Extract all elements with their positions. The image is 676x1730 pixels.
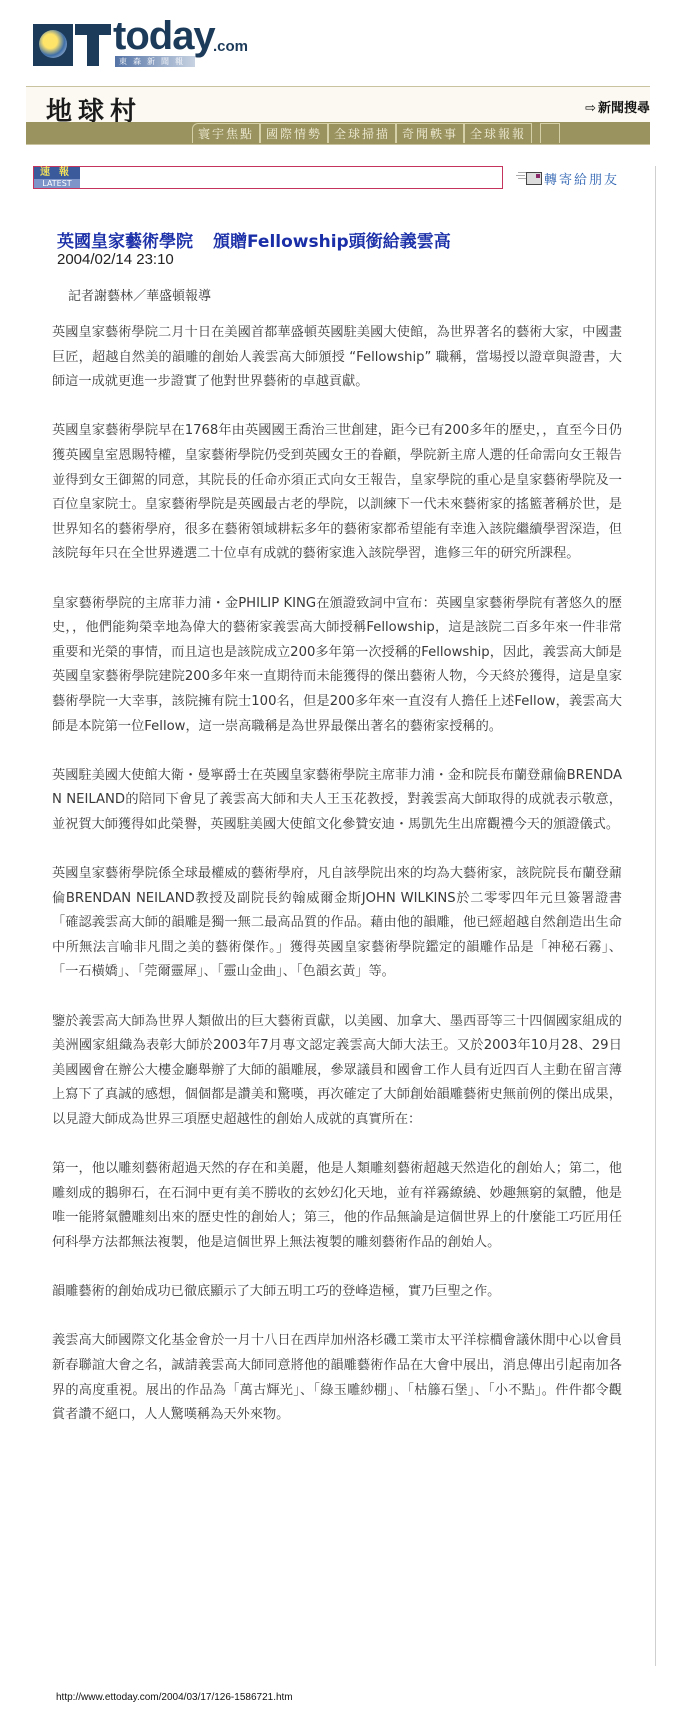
logo-letter-t bbox=[75, 24, 111, 66]
section-header: 地球村 ⇨新聞搜尋 bbox=[26, 86, 650, 123]
latest-badge-en: LATEST bbox=[34, 179, 80, 188]
tab-odd-news[interactable]: 奇聞軼事 bbox=[396, 123, 464, 143]
article-paragraph: 英國皇家藝術學院二月十日在美國首都華盛頓英國駐美國大使館，為世界著名的藝術大家，… bbox=[52, 321, 622, 395]
forward-to-friend-link[interactable]: 轉寄給朋友 bbox=[516, 169, 619, 188]
section-nav: 寰宇焦點 國際情勢 全球掃描 奇聞軼事 全球報報 bbox=[26, 122, 650, 145]
logo-domain-suffix: .com bbox=[213, 38, 248, 55]
source-url: http://www.ettoday.com/2004/03/17/126-15… bbox=[56, 1692, 293, 1703]
forward-label: 轉寄給朋友 bbox=[544, 173, 619, 188]
logo-subtitle: 東森新聞報 bbox=[115, 56, 195, 67]
tab-global-scan[interactable]: 全球掃描 bbox=[328, 123, 396, 143]
tab-global-focus[interactable]: 寰宇焦點 bbox=[192, 123, 260, 143]
article-paragraph: 第一，他以雕刻藝術超過天然的存在和美麗，他是人類雕刻藝術超越天然造化的創始人；第… bbox=[52, 1157, 622, 1255]
article-byline: 記者謝藝林／華盛頓報導 bbox=[68, 285, 211, 304]
article-paragraph: 鑒於義雲高大師為世界人類做出的巨大藝術貢獻，以美國、加拿大、墨西哥等三十四個國家… bbox=[52, 1010, 622, 1133]
article-title-part2: 頒贈Fellowship頭銜給義雲高 bbox=[213, 232, 451, 252]
tab-divider bbox=[540, 123, 560, 143]
article-paragraph: 韻雕藝術的創始成功已徹底顯示了大師五明工巧的登峰造極，實乃巨聖之作。 bbox=[52, 1280, 622, 1305]
article-paragraph: 皇家藝術學院的主席菲力浦・金PHILIP KING在頒證致詞中宣布：英國皇家藝術… bbox=[52, 592, 622, 740]
arrow-right-icon: ⇨ bbox=[585, 101, 596, 116]
latest-badge: 速報 LATEST bbox=[34, 167, 80, 188]
tab-global-report[interactable]: 全球報報 bbox=[464, 123, 532, 143]
article-title-part1: 英國皇家藝術學院 bbox=[57, 232, 193, 252]
article-paragraph: 英國皇家藝術學院係全球最權威的藝術學府，凡自該學院出來的均為大藝術家，該院院長布… bbox=[52, 862, 622, 985]
ettoday-logo[interactable]: today .com 東森新聞報 bbox=[33, 24, 263, 68]
article-paragraph: 義雲高大師國際文化基金會於一月十八日在西岸加州洛杉磯工業市太平洋棕櫚會議休閒中心… bbox=[52, 1329, 622, 1427]
article-paragraph: 英國皇家藝術學院早在1768年由英國國王喬治三世創建，距今已有200多年的歷史，… bbox=[52, 419, 622, 567]
mail-icon bbox=[526, 172, 542, 185]
logo-wordmark: today bbox=[113, 14, 215, 59]
news-search-link[interactable]: ⇨新聞搜尋 bbox=[585, 97, 650, 116]
speed-lines-icon bbox=[516, 175, 525, 176]
latest-news-ticker[interactable]: 速報 LATEST bbox=[33, 166, 503, 189]
article-datetime: 2004/02/14 23:10 bbox=[57, 251, 174, 268]
news-search-label: 新聞搜尋 bbox=[598, 101, 650, 116]
article-title: 英國皇家藝術學院頒贈Fellowship頭銜給義雲高 bbox=[57, 227, 451, 252]
globe-icon bbox=[33, 24, 73, 66]
latest-badge-zh: 速報 bbox=[40, 167, 78, 179]
article-paragraph: 英國駐美國大使館大衛・曼寧爵士在英國皇家藝術學院主席菲力浦・金和院長布蘭登鼐倫B… bbox=[52, 764, 622, 838]
tab-international-affairs[interactable]: 國際情勢 bbox=[260, 123, 328, 143]
article-body: 英國皇家藝術學院二月十日在美國首都華盛頓英國駐美國大使館，為世界著名的藝術大家，… bbox=[52, 321, 622, 1452]
column-divider bbox=[655, 166, 656, 1666]
